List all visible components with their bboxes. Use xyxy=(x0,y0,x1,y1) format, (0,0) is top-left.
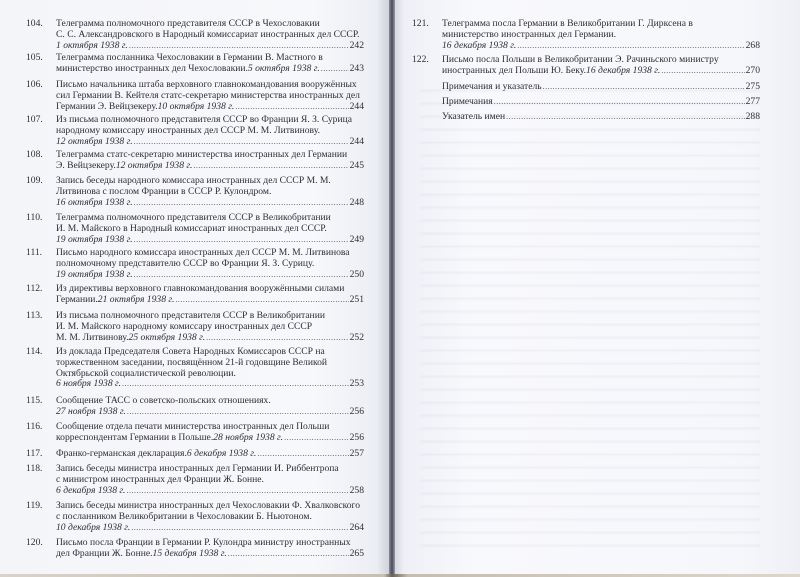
entry-number: 108. xyxy=(26,150,54,161)
page-number: 256 xyxy=(350,407,364,418)
dot-leader xyxy=(661,66,744,77)
entry-last-line: 1 октября 1938 г.242 xyxy=(56,41,364,52)
entry-title-line: И. М. Майского в Народный комиссариат ин… xyxy=(56,224,364,235)
entry-title-tail: корреспондентам Германии в Польше. xyxy=(56,433,213,444)
entry-number: 119. xyxy=(26,501,54,512)
entry-title-line: с министром иностранных дел Франции Ж. Б… xyxy=(56,475,364,486)
entry-title-line: С. С. Александровского в Народный комисс… xyxy=(56,30,364,41)
entry-number: 122. xyxy=(412,55,440,66)
entry-title-tail: дел Франции Ж. Бонне. xyxy=(56,549,153,560)
entry-number: 121. xyxy=(412,19,440,30)
entry-date: 10 декабря 1938 г. xyxy=(56,523,130,534)
entry-last-line: Франко-германская декларация. 6 декабря … xyxy=(56,449,364,460)
entry-number: 105. xyxy=(26,53,54,64)
page-number: 244 xyxy=(350,137,364,148)
entry-date: 1 октября 1938 г. xyxy=(56,41,128,52)
entry-title-tail: министерство иностранных дел Чехословаки… xyxy=(56,64,248,75)
dot-leader xyxy=(134,137,349,148)
dot-leader xyxy=(126,486,348,497)
entry-number: 107. xyxy=(26,115,54,126)
entry-last-line: 12 октября 1938 г.244 xyxy=(56,137,364,148)
entry-last-line: 19 октября 1938 г.250 xyxy=(56,270,364,281)
entry-last-line: 6 ноября 1938 г.253 xyxy=(56,379,364,390)
dot-leader xyxy=(122,379,349,390)
page-number: 243 xyxy=(350,64,364,75)
dot-leader xyxy=(543,82,745,93)
entry-title-tail: Э. Вейцзекеру. xyxy=(56,161,116,172)
entry-date: 16 октября 1938 г. xyxy=(56,198,133,209)
entry-number: 118. xyxy=(26,464,54,475)
section-line: Указатель имен288 xyxy=(442,112,760,123)
page-number: 249 xyxy=(350,235,364,246)
entry-body: Из доклада Председателя Совета Народных … xyxy=(56,347,364,390)
entry-number: 115. xyxy=(26,396,54,407)
page-number: 268 xyxy=(746,41,760,52)
entry-date: 6 декабря 1938 г. xyxy=(187,449,256,460)
page-number: 277 xyxy=(746,97,760,108)
book-spine xyxy=(389,0,395,577)
dot-leader xyxy=(193,161,348,172)
dot-leader xyxy=(257,449,348,460)
entry-last-line: 27 ноября 1938 г.256 xyxy=(56,407,364,418)
entry-number: 109. xyxy=(26,176,54,187)
entry-body: Из письма полномочного представителя ССС… xyxy=(56,311,364,343)
entry-date: 10 октября 1938 г. xyxy=(158,102,235,113)
entry-number: 112. xyxy=(26,284,54,295)
entry-number: 116. xyxy=(26,422,54,433)
dot-leader xyxy=(131,523,348,534)
entry-title-line: торжественном заседании, посвящённом 21-… xyxy=(56,358,364,369)
entry-number: 120. xyxy=(26,538,54,549)
page-number: 265 xyxy=(350,549,364,560)
entry-title-line: полномочному представителю СССР во Франц… xyxy=(56,259,364,270)
dot-leader xyxy=(235,102,348,113)
entry-title-line: сил Германии В. Кейтеля статс-секретарю … xyxy=(56,91,364,102)
entry-date: 27 ноября 1938 г. xyxy=(56,407,126,418)
entry-title-tail: Германии Э. Вейцзекеру. xyxy=(56,102,158,113)
dot-leader xyxy=(284,433,349,444)
dot-leader xyxy=(228,549,349,560)
entry-last-line: 10 декабря 1938 г.264 xyxy=(56,523,364,534)
entry-date: 25 октября 1938 г. xyxy=(129,333,206,344)
entry-body: Телеграмма полномочного представителя СС… xyxy=(56,19,364,51)
entry-last-line: дел Франции Ж. Бонне. 15 декабря 1938 г.… xyxy=(56,549,364,560)
section-title: Указатель имен xyxy=(442,112,505,123)
entry-body: Письмо народного комиссара иностранных д… xyxy=(56,248,364,280)
entry-number: 104. xyxy=(26,19,54,30)
entry-date: 28 ноября 1938 г. xyxy=(213,433,283,444)
entry-number: 106. xyxy=(26,80,54,91)
entry-last-line: 16 октября 1938 г.248 xyxy=(56,198,364,209)
entry-body: Телеграмма посла Германии в Великобритан… xyxy=(442,19,760,51)
toc-section-указатель-имен[interactable]: Указатель имен288 xyxy=(442,112,760,123)
page-number: 275 xyxy=(746,82,760,93)
entry-date: 15 декабря 1938 г. xyxy=(153,549,227,560)
entry-title-line: с посланником Великобритании в Чехослова… xyxy=(56,512,364,523)
entry-last-line: 16 декабря 1938 г.268 xyxy=(442,41,760,52)
entry-number: 110. xyxy=(26,213,54,224)
page-number: 242 xyxy=(350,41,364,52)
page-number: 256 xyxy=(350,433,364,444)
dot-leader xyxy=(134,235,349,246)
entry-date: 6 декабря 1938 г. xyxy=(56,486,125,497)
page-number: 244 xyxy=(350,102,364,113)
entry-number: 117. xyxy=(26,449,54,460)
entry-date: 16 декабря 1938 г. xyxy=(586,66,660,77)
entry-date: 19 октября 1938 г. xyxy=(56,235,133,246)
entry-last-line: Германии. 21 октября 1938 г.251 xyxy=(56,295,364,306)
section-title: Примечания xyxy=(442,97,493,108)
dot-leader xyxy=(517,41,744,52)
entry-title-line: И. М. Майского народному комиссару иност… xyxy=(56,322,364,333)
entry-number: 114. xyxy=(26,347,54,358)
entry-body: Запись беседы министра иностранных дел Г… xyxy=(56,464,364,496)
entry-body: Сообщение ТАСС о советско-польских отнош… xyxy=(56,396,364,418)
section-title: Примечания и указатель xyxy=(442,82,542,93)
entry-title-tail: Германии. xyxy=(56,295,98,306)
page-number: 264 xyxy=(350,523,364,534)
dot-leader xyxy=(206,333,348,344)
entry-title-line: Литвинова с послом Франции в СССР Р. Кул… xyxy=(56,187,364,198)
toc-section-примечания-и-указатель[interactable]: Примечания и указатель275 xyxy=(442,82,760,93)
entry-title-tail: М. М. Литвинову. xyxy=(56,333,129,344)
entry-body: Письмо посла Польши в Великобритании Э. … xyxy=(442,55,760,77)
entry-title-tail: иностранных дел Польши Ю. Беку. xyxy=(442,66,586,77)
entry-date: 12 октября 1938 г. xyxy=(116,161,193,172)
entry-last-line: М. М. Литвинову. 25 октября 1938 г.252 xyxy=(56,333,364,344)
page-number: 258 xyxy=(350,486,364,497)
page-number: 248 xyxy=(350,198,364,209)
entry-date: 12 октября 1938 г. xyxy=(56,137,133,148)
entry-number: 111. xyxy=(26,248,54,259)
entry-last-line: корреспондентам Германии в Польше. 28 но… xyxy=(56,433,364,444)
page-number: 253 xyxy=(350,379,364,390)
page-number: 270 xyxy=(746,66,760,77)
page-number: 252 xyxy=(350,333,364,344)
entry-body: Письмо начальника штаба верховного главн… xyxy=(56,80,364,112)
dot-leader xyxy=(321,64,349,75)
entry-last-line: 19 октября 1938 г.249 xyxy=(56,235,364,246)
entry-body: Письмо посла Франции в Германии Р. Кулон… xyxy=(56,538,364,560)
page-number: 288 xyxy=(746,112,760,123)
entry-title-line: народному комиссару иностранных дел СССР… xyxy=(56,126,364,137)
entry-body: Сообщение отдела печати министерства ино… xyxy=(56,422,364,444)
entry-body: Телеграмма полномочного представителя СС… xyxy=(56,213,364,245)
dot-leader xyxy=(134,270,349,281)
dot-leader xyxy=(494,97,745,108)
entry-number: 113. xyxy=(26,311,54,322)
section-line: Примечания и указатель275 xyxy=(442,82,760,93)
entry-title-line: министерство иностранных дел Германии. xyxy=(442,30,760,41)
section-line: Примечания277 xyxy=(442,97,760,108)
dot-leader xyxy=(127,407,349,418)
dot-leader xyxy=(506,112,744,123)
entry-body: Из директивы верховного главнокомандован… xyxy=(56,284,364,306)
entry-body: Телеграмма статс-секретарю министерства … xyxy=(56,150,364,172)
entry-date: 19 октября 1938 г. xyxy=(56,270,133,281)
entry-last-line: Германии Э. Вейцзекеру. 10 октября 1938 … xyxy=(56,102,364,113)
page-number: 245 xyxy=(350,161,364,172)
dot-leader xyxy=(134,198,349,209)
entry-last-line: министерство иностранных дел Чехословаки… xyxy=(56,64,364,75)
page-number: 251 xyxy=(350,295,364,306)
entry-last-line: Э. Вейцзекеру. 12 октября 1938 г.245 xyxy=(56,161,364,172)
entry-last-line: иностранных дел Польши Ю. Беку. 16 декаб… xyxy=(442,66,760,77)
entry-title-tail: Франко-германская декларация. xyxy=(56,449,187,460)
dot-leader xyxy=(129,41,349,52)
page-number: 250 xyxy=(350,270,364,281)
entry-date: 5 октября 1938 г. xyxy=(248,64,320,75)
entry-body: Из письма полномочного представителя ССС… xyxy=(56,115,364,147)
entry-body: Телеграмма посланника Чехословакии в Гер… xyxy=(56,53,364,75)
entry-date: 21 октября 1938 г. xyxy=(98,295,175,306)
entry-body: Франко-германская декларация. 6 декабря … xyxy=(56,449,364,460)
toc-section-примечания[interactable]: Примечания277 xyxy=(442,97,760,108)
entry-date: 6 ноября 1938 г. xyxy=(56,379,121,390)
entry-body: Запись беседы народного комиссара иностр… xyxy=(56,176,364,208)
entry-last-line: 6 декабря 1938 г.258 xyxy=(56,486,364,497)
entry-date: 16 декабря 1938 г. xyxy=(442,41,516,52)
entry-body: Запись беседы министра иностранных дел Ч… xyxy=(56,501,364,533)
dot-leader xyxy=(175,295,348,306)
page-number: 257 xyxy=(350,449,364,460)
